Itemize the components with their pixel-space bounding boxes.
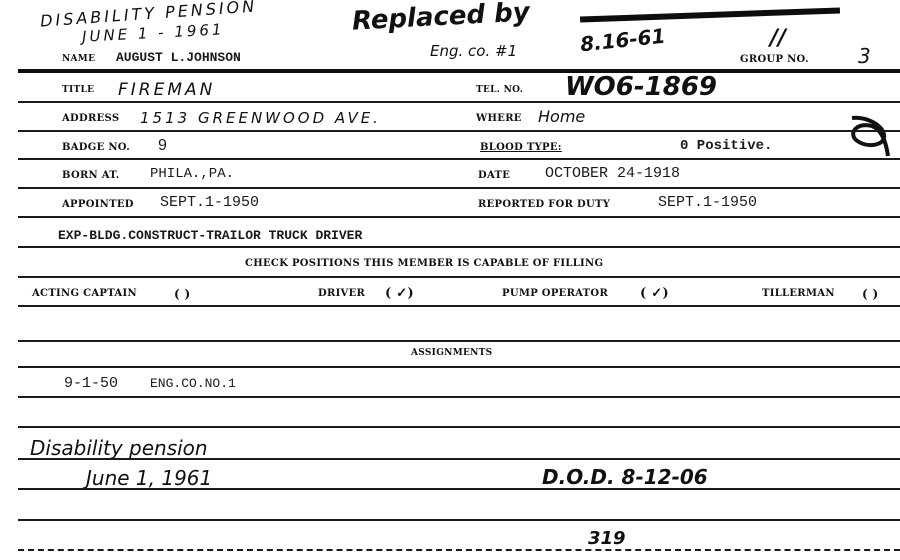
born-at-label: BORN AT.: [62, 170, 120, 181]
reported-for-duty-value: SEPT.1-1950: [658, 194, 757, 211]
position-tillerman-checkbox[interactable]: ( ): [862, 287, 878, 301]
annotation-strikeout: [580, 7, 840, 22]
where-label: WHERE: [476, 113, 522, 124]
group-no-label: GROUP NO.: [740, 54, 809, 65]
position-tillerman-label: TILLERMAN: [762, 288, 835, 299]
annotation-replaced-by: Replaced by: [351, 0, 530, 37]
assignments-heading: ASSIGNMENTS: [411, 348, 492, 358]
annotation-disability-pension-bottom: Disability pension: [30, 436, 208, 460]
tel-no-value: WO6-1869: [565, 72, 717, 102]
blood-type-value: 0 Positive.: [680, 138, 772, 154]
blood-type-label: BLOOD TYPE:: [480, 142, 562, 153]
annotation-ditto: //: [770, 26, 786, 51]
badge-no-label: BADGE NO.: [62, 142, 130, 153]
annotation-june-1961-bottom: June 1, 1961: [86, 466, 212, 490]
address-value: 1513 GREENWOOD AVE.: [140, 109, 381, 127]
name-value: AUGUST L.JOHNSON: [116, 50, 241, 65]
personnel-record-card: DISABILITY PENSION JUNE 1 - 1961 Replace…: [0, 0, 900, 560]
assignment-unit: ENG.CO.NO.1: [150, 376, 236, 391]
title-label: TITLE: [62, 85, 94, 95]
annotation-eng-co: Eng. co. #1: [430, 42, 517, 60]
address-label: ADDRESS: [62, 113, 119, 124]
position-pump-operator-label: PUMP OPERATOR: [502, 288, 608, 299]
date-label: DATE: [478, 170, 510, 181]
tel-no-label: TEL. NO.: [476, 85, 523, 95]
annotation-dod: D.O.D. 8-12-06: [542, 465, 708, 489]
title-value: FIREMAN: [118, 80, 215, 100]
badge-no-value: 9: [158, 137, 167, 155]
appointed-value: SEPT.1-1950: [160, 194, 259, 211]
group-no-value: 3: [858, 44, 871, 68]
where-value: Home: [538, 107, 585, 126]
date-value: OCTOBER 24-1918: [545, 165, 680, 182]
position-driver-checkbox[interactable]: ( ✓): [385, 286, 414, 301]
reported-for-duty-label: REPORTED FOR DUTY: [478, 199, 610, 210]
position-acting-captain-checkbox[interactable]: ( ): [174, 287, 190, 301]
position-driver-label: DRIVER: [318, 288, 365, 299]
scribble-mark-icon: [846, 112, 892, 160]
annotation-replaced-date: 8.16-61: [579, 24, 667, 57]
annotation-page-number: 319: [588, 528, 626, 549]
assignment-date: 9-1-50: [64, 375, 118, 392]
appointed-label: APPOINTED: [62, 199, 134, 210]
name-label: NAME: [62, 54, 95, 64]
experience-value: EXP-BLDG.CONSTRUCT-TRAILOR TRUCK DRIVER: [58, 228, 362, 243]
born-at-value: PHILA.,PA.: [150, 166, 234, 182]
position-acting-captain-label: ACTING CAPTAIN: [32, 288, 137, 299]
position-pump-operator-checkbox[interactable]: ( ✓): [640, 286, 669, 301]
positions-heading: CHECK POSITIONS THIS MEMBER IS CAPABLE O…: [245, 258, 603, 269]
